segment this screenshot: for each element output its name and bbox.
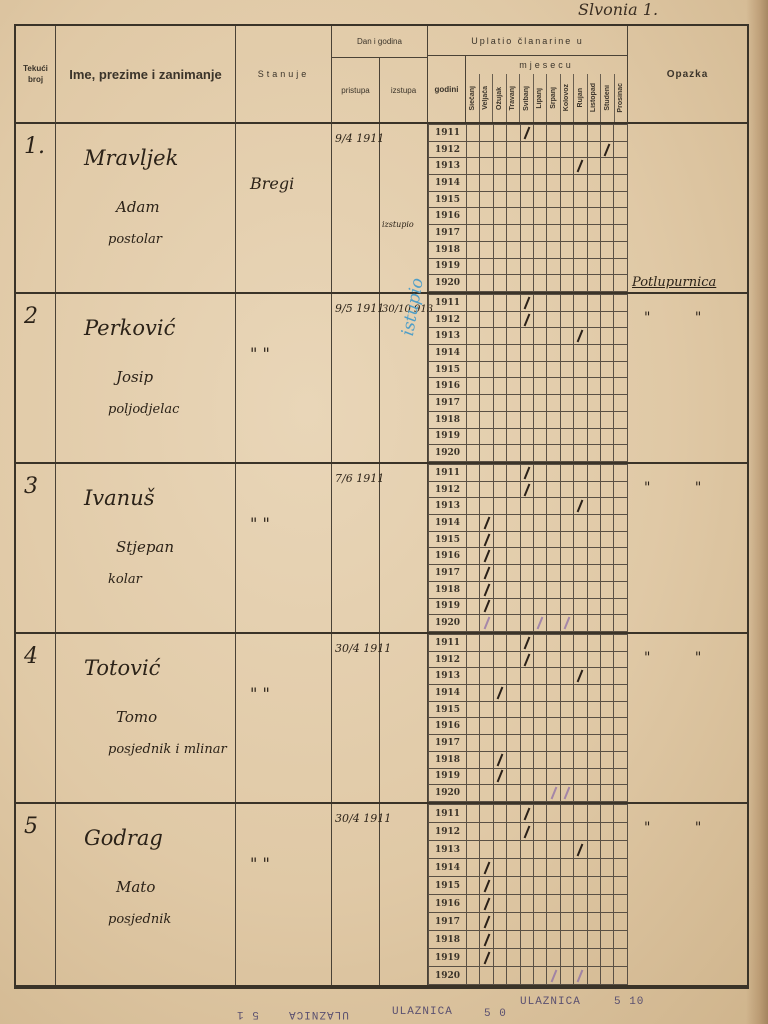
year-row: 1917 (429, 735, 628, 752)
member-joined: 9/5 1911 (335, 302, 384, 315)
payment-cell (547, 158, 560, 175)
payment-cell (534, 967, 547, 985)
member-remark: " " (644, 820, 721, 836)
year-label: 1920 (429, 615, 467, 632)
payment-cell (547, 445, 560, 462)
payment-cell (480, 718, 493, 735)
payment-cell (614, 565, 628, 582)
payment-cell (587, 225, 600, 242)
payment-cell (587, 378, 600, 395)
member-number: 2 (24, 304, 38, 329)
payment-cell (574, 395, 587, 412)
payment-cell (534, 718, 547, 735)
member-residence: " " (250, 854, 270, 873)
payment-cell (493, 913, 506, 931)
header-month: Studeni (600, 74, 614, 122)
member-surname: Godrag (84, 826, 163, 850)
payment-cell (507, 125, 520, 142)
payment-cell (574, 751, 587, 768)
year-label: 1913 (429, 841, 467, 859)
year-label: 1920 (429, 967, 467, 985)
payment-cell (507, 895, 520, 913)
payment-cell (493, 598, 506, 615)
payment-cell (507, 685, 520, 702)
header-remark: Opazka (628, 26, 747, 124)
header-dates: Dan i godina pristupa izstupa (332, 26, 428, 124)
payment-cell (574, 635, 587, 652)
header-number: Tekući broj (16, 26, 56, 124)
payment-cell (493, 565, 506, 582)
payment-cell (587, 598, 600, 615)
payment-cell (507, 913, 520, 931)
year-label: 1919 (429, 598, 467, 615)
year-row: 1920 (429, 275, 628, 292)
payment-cell (534, 445, 547, 462)
payment-cell (480, 191, 493, 208)
header-payments: Uplatio članarine u godini mjesecu Sieča… (428, 26, 628, 124)
payment-cell (601, 548, 614, 565)
cell-left (380, 634, 428, 802)
cell-left: izstupio (380, 124, 428, 292)
payment-mark (523, 807, 530, 820)
payment-cell (534, 668, 547, 685)
payment-cell (547, 768, 560, 785)
payment-cell (520, 735, 533, 752)
payment-cell (480, 805, 493, 823)
member-number: 3 (24, 474, 38, 499)
cell-payments: 1911191219131914191519161917191819191920 (428, 804, 628, 985)
year-row: 1912 (429, 651, 628, 668)
year-label: 1916 (429, 895, 467, 913)
payment-cell (480, 967, 493, 985)
payment-cell (493, 158, 506, 175)
cell-residence: Bregi (236, 124, 332, 292)
payment-cell (507, 175, 520, 192)
payment-cell (547, 481, 560, 498)
payment-cell (534, 498, 547, 515)
payment-cell (547, 141, 560, 158)
year-label: 1912 (429, 311, 467, 328)
payment-cell (507, 805, 520, 823)
payment-cell (574, 191, 587, 208)
payment-cell (587, 241, 600, 258)
cell-number: 3 (16, 464, 56, 632)
member-residence: " " (250, 514, 270, 533)
payment-grid: 1911191219131914191519161917191819191920 (428, 124, 628, 292)
year-label: 1915 (429, 191, 467, 208)
payment-cell (493, 768, 506, 785)
payment-cell (574, 701, 587, 718)
member-joined: 9/4 1911 (335, 132, 384, 145)
payment-mark (483, 550, 490, 563)
payment-cell (614, 785, 628, 802)
member-remark: " " (644, 650, 721, 666)
payment-mark (483, 897, 490, 910)
payment-cell (534, 895, 547, 913)
payment-cell (520, 949, 533, 967)
membership-register-table: Tekući broj Ime, prezime i zanimanje Sta… (14, 24, 749, 989)
payment-cell (601, 125, 614, 142)
payment-cell (507, 141, 520, 158)
payment-cell (467, 701, 480, 718)
payment-cell (614, 548, 628, 565)
payment-cell (601, 615, 614, 632)
payment-mark (577, 843, 584, 856)
member-entry: 4 Totović Tomo posjednik i mlinar" "30/4… (16, 634, 747, 804)
payment-cell (614, 328, 628, 345)
payment-cell (574, 328, 587, 345)
header-month: Travanj (506, 74, 520, 122)
payment-cell (547, 565, 560, 582)
payment-cell (547, 751, 560, 768)
payment-cell (467, 598, 480, 615)
payment-cell (587, 395, 600, 412)
payment-cell (614, 735, 628, 752)
payment-cell (493, 428, 506, 445)
payment-cell (520, 877, 533, 895)
payment-cell (493, 395, 506, 412)
payment-cell (574, 361, 587, 378)
payment-cell (480, 515, 493, 532)
payment-grid: 1911191219131914191519161917191819191920 (428, 804, 628, 985)
payment-cell (534, 411, 547, 428)
payment-cell (520, 225, 533, 242)
year-label: 1912 (429, 651, 467, 668)
payment-cell (547, 175, 560, 192)
year-label: 1919 (429, 428, 467, 445)
payment-cell (574, 735, 587, 752)
ink-stamp: 5 10 (614, 996, 644, 1008)
payment-cell (587, 258, 600, 275)
year-row: 1913 (429, 668, 628, 685)
payment-mark (577, 670, 584, 683)
payment-mark (483, 600, 490, 613)
payment-cell (467, 411, 480, 428)
payment-cell (587, 718, 600, 735)
payment-cell (467, 345, 480, 362)
payment-cell (601, 481, 614, 498)
payment-cell (614, 311, 628, 328)
member-surname: Perković (84, 316, 175, 340)
payment-cell (614, 768, 628, 785)
payment-cell (493, 668, 506, 685)
payment-cell (493, 225, 506, 242)
payment-cell (587, 411, 600, 428)
payment-cell (534, 295, 547, 312)
payment-cell (601, 598, 614, 615)
faint-payment-mark (483, 617, 490, 630)
year-label: 1915 (429, 701, 467, 718)
payment-cell (574, 768, 587, 785)
payment-cell (601, 531, 614, 548)
payment-cell (534, 428, 547, 445)
payment-cell (507, 498, 520, 515)
payment-cell (574, 565, 587, 582)
payment-cell (507, 823, 520, 841)
payment-cell (614, 913, 628, 931)
payment-cell (560, 877, 573, 895)
payment-cell (520, 498, 533, 515)
payment-cell (587, 175, 600, 192)
payment-cell (534, 651, 547, 668)
member-entry: 3 Ivanuš Stjepan kolar" "7/6 19111911191… (16, 464, 747, 634)
header-month: Siečanj (466, 74, 479, 122)
payment-cell (493, 735, 506, 752)
year-row: 1917 (429, 565, 628, 582)
payment-cell (534, 175, 547, 192)
payment-cell (520, 378, 533, 395)
payment-cell (614, 345, 628, 362)
payment-cell (614, 859, 628, 877)
payment-cell (601, 931, 614, 949)
payment-cell (547, 465, 560, 482)
year-label: 1917 (429, 225, 467, 242)
member-surname: Ivanuš (84, 486, 155, 510)
payment-cell (587, 158, 600, 175)
year-label: 1914 (429, 515, 467, 532)
payment-cell (560, 735, 573, 752)
year-row: 1918 (429, 241, 628, 258)
payment-cell (493, 581, 506, 598)
payment-cell (520, 581, 533, 598)
payment-cell (601, 877, 614, 895)
cell-remark: Potlupurnica (628, 124, 747, 292)
payment-cell (614, 125, 628, 142)
payment-cell (493, 515, 506, 532)
payment-cell (493, 208, 506, 225)
payment-cell (601, 158, 614, 175)
member-remark: " " (644, 480, 721, 496)
payment-cell (507, 395, 520, 412)
payment-cell (574, 615, 587, 632)
payment-cell (547, 295, 560, 312)
year-label: 1911 (429, 465, 467, 482)
payment-cell (493, 378, 506, 395)
payment-cell (614, 465, 628, 482)
payment-cell (507, 548, 520, 565)
payment-cell (534, 395, 547, 412)
payment-cell (493, 258, 506, 275)
payment-cell (587, 651, 600, 668)
payment-cell (507, 565, 520, 582)
payment-cell (547, 515, 560, 532)
month-label: Travanj (509, 86, 516, 111)
cell-number: 1. (16, 124, 56, 292)
payment-cell (493, 531, 506, 548)
payment-cell (507, 598, 520, 615)
header-month: Rujan (573, 74, 587, 122)
member-remark-sign: Potlupurnica (632, 275, 716, 290)
payment-cell (534, 345, 547, 362)
faint-payment-mark (577, 969, 584, 982)
payment-cell (520, 311, 533, 328)
payment-cell (587, 877, 600, 895)
page-edge (746, 0, 768, 1024)
payment-cell (601, 685, 614, 702)
payment-cell (601, 395, 614, 412)
year-row: 1917 (429, 913, 628, 931)
year-row: 1912 (429, 141, 628, 158)
payment-cell (574, 841, 587, 859)
payment-cell (547, 805, 560, 823)
year-row: 1912 (429, 481, 628, 498)
payment-cell (507, 635, 520, 652)
payment-cell (507, 241, 520, 258)
cell-payments: 1911191219131914191519161917191819191920 (428, 634, 628, 802)
header-month: Kolovoz (560, 74, 574, 122)
payment-mark (483, 951, 490, 964)
member-given-name: Josip (116, 368, 153, 386)
month-label: Rujan (577, 88, 584, 107)
payment-cell (467, 581, 480, 598)
payment-cell (480, 311, 493, 328)
payment-cell (534, 225, 547, 242)
payment-mark (523, 126, 530, 139)
payment-cell (560, 311, 573, 328)
payment-cell (467, 465, 480, 482)
payment-cell (480, 615, 493, 632)
payment-cell (493, 345, 506, 362)
member-occupation: posjednik i mlinar (108, 742, 227, 757)
payment-cell (507, 328, 520, 345)
cell-remark: " " (628, 464, 747, 632)
member-left: izstupio (382, 220, 414, 229)
year-label: 1912 (429, 141, 467, 158)
payment-cell (587, 895, 600, 913)
payment-cell (467, 967, 480, 985)
payment-cell (467, 768, 480, 785)
payment-cell (493, 785, 506, 802)
cell-payments: 1911191219131914191519161917191819191920 (428, 464, 628, 632)
month-label: Veljača (482, 86, 489, 110)
year-row: 1911 (429, 295, 628, 312)
payment-cell (480, 275, 493, 292)
payment-cell (520, 859, 533, 877)
payment-cell (520, 361, 533, 378)
payment-cell (587, 361, 600, 378)
payment-cell (520, 841, 533, 859)
payment-cell (467, 241, 480, 258)
payment-cell (534, 515, 547, 532)
payment-cell (534, 685, 547, 702)
payment-cell (534, 241, 547, 258)
year-row: 1912 (429, 311, 628, 328)
year-label: 1918 (429, 411, 467, 428)
payment-cell (614, 615, 628, 632)
payment-cell (614, 967, 628, 985)
payment-cell (507, 785, 520, 802)
payment-cell (560, 841, 573, 859)
payment-cell (614, 718, 628, 735)
cell-joined: 7/6 1911 (332, 464, 380, 632)
year-label: 1920 (429, 785, 467, 802)
payment-cell (493, 967, 506, 985)
cell-joined: 9/5 1911 (332, 294, 380, 462)
payment-cell (547, 411, 560, 428)
payment-cell (534, 635, 547, 652)
payment-cell (467, 735, 480, 752)
payment-cell (534, 125, 547, 142)
year-row: 1920 (429, 445, 628, 462)
header-month: Listopad (587, 74, 601, 122)
payment-cell (574, 548, 587, 565)
payment-cell (560, 531, 573, 548)
payment-cell (574, 208, 587, 225)
payment-cell (507, 411, 520, 428)
payment-cell (560, 175, 573, 192)
payment-cell (480, 125, 493, 142)
payment-cell (587, 345, 600, 362)
payment-cell (467, 258, 480, 275)
payment-cell (480, 565, 493, 582)
payment-cell (467, 751, 480, 768)
payment-cell (614, 481, 628, 498)
payment-cell (574, 859, 587, 877)
payment-cell (520, 395, 533, 412)
year-label: 1911 (429, 125, 467, 142)
payment-cell (560, 465, 573, 482)
month-label: Listopad (590, 83, 597, 112)
payment-cell (480, 465, 493, 482)
payment-cell (601, 411, 614, 428)
payment-cell (507, 311, 520, 328)
year-label: 1915 (429, 361, 467, 378)
payment-cell (467, 481, 480, 498)
payment-mark (604, 143, 611, 156)
payment-cell (507, 768, 520, 785)
payment-cell (587, 735, 600, 752)
year-label: 1914 (429, 685, 467, 702)
payment-cell (547, 841, 560, 859)
payment-cell (520, 931, 533, 949)
payment-cell (560, 141, 573, 158)
payment-cell (574, 275, 587, 292)
register-page: Slvonia 1. Tekući broj Ime, prezime i za… (0, 0, 768, 1024)
payment-cell (587, 125, 600, 142)
year-label: 1917 (429, 395, 467, 412)
payment-cell (574, 515, 587, 532)
payment-cell (547, 785, 560, 802)
payment-cell (614, 949, 628, 967)
payment-cell (587, 531, 600, 548)
year-row: 1918 (429, 931, 628, 949)
payment-cell (493, 361, 506, 378)
year-label: 1914 (429, 859, 467, 877)
year-row: 1920 (429, 967, 628, 985)
payment-cell (520, 515, 533, 532)
payment-cell (587, 685, 600, 702)
payment-cell (467, 913, 480, 931)
payment-cell (520, 428, 533, 445)
year-row: 1914 (429, 859, 628, 877)
payment-cell (547, 949, 560, 967)
payment-cell (467, 125, 480, 142)
payment-cell (574, 651, 587, 668)
payment-cell (480, 701, 493, 718)
payment-cell (601, 445, 614, 462)
payment-cell (560, 481, 573, 498)
header-month: Srpanj (546, 74, 560, 122)
payment-cell (493, 175, 506, 192)
year-label: 1919 (429, 768, 467, 785)
year-row: 1916 (429, 718, 628, 735)
payment-cell (520, 445, 533, 462)
cell-left: 30/10 913istupio (380, 294, 428, 462)
payment-cell (601, 208, 614, 225)
payment-mark (577, 330, 584, 343)
payment-cell (493, 701, 506, 718)
payment-cell (560, 548, 573, 565)
